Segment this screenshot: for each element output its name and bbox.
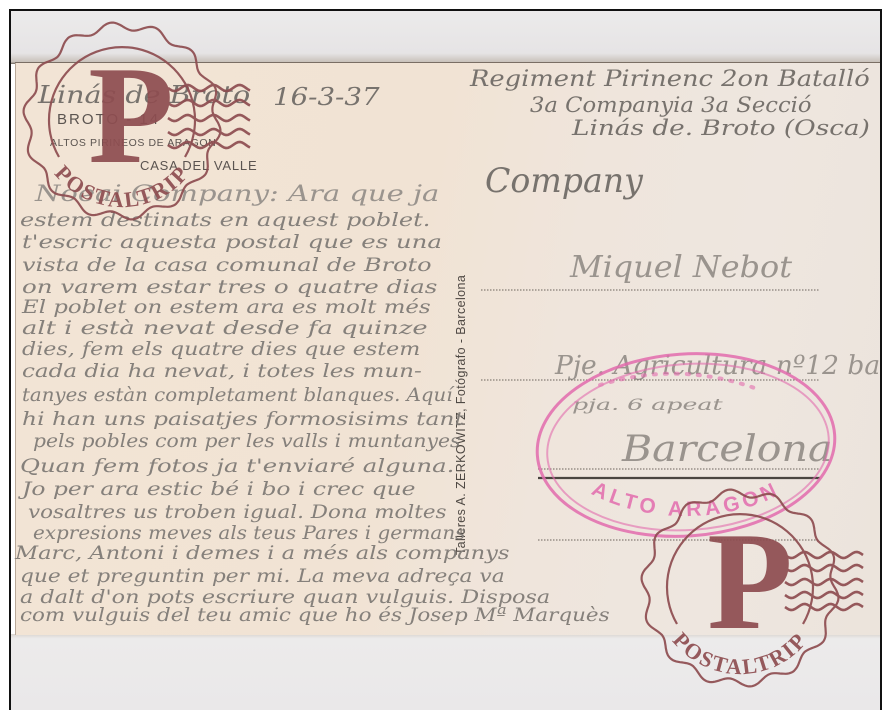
message-line: on varem estar tres o quatre dias <box>22 276 437 298</box>
message-line: alt i està nevat desde fa quinze <box>22 317 428 339</box>
address-street: Pje. Agricultura nº12 ba <box>555 351 880 381</box>
address-city: Barcelona <box>622 429 832 471</box>
message-date: 16-3-37 <box>273 86 380 108</box>
printed-subtitle: ALTOS PIRINEOS DE ARAGON <box>50 137 216 149</box>
message-line: Jo per ara estic bé i bo i crec que <box>22 478 416 500</box>
background-paper-bottom <box>10 634 880 710</box>
message-line: Quan fem fotos ja t'enviaré alguna. <box>20 455 454 477</box>
sender-line: 3a Companyia 3a Secció <box>530 94 812 116</box>
message-line: cada dia ha nevat, i totes les mun- <box>22 360 422 382</box>
address-name: Miquel Nebot <box>570 250 792 286</box>
message-place: Linás de Broto <box>38 84 250 106</box>
printed-caption: CASA DEL VALLE <box>140 158 257 173</box>
message-line: com vulguis del teu amic que ho és Josep… <box>20 604 610 626</box>
sender-line: Regiment Pirinenc 2on Batalló <box>470 69 870 91</box>
message-line: vista de la casa comunal de Broto <box>22 254 432 276</box>
message-line: tanyes estàn completament blanques. Aquí <box>22 384 453 406</box>
message-line: que et preguntin per mi. La meva adreça … <box>20 565 505 587</box>
frame-border-left <box>9 9 11 710</box>
message-line: hi han uns paisatjes formosisims tant <box>22 408 464 430</box>
message-line: t'escric aquesta postal que es una <box>22 231 442 253</box>
address-salutation: Company <box>485 161 643 201</box>
message-line: estem destinats en aquest poblet. <box>20 209 430 231</box>
message-line: vosaltres us troben igual. Dona moltes <box>28 501 447 523</box>
message-line: El poblet on estem ara es molt més <box>22 296 431 318</box>
background-paper-top <box>10 10 880 64</box>
frame-border-right <box>880 9 882 710</box>
address-detail: pja. 6 apeat <box>572 394 723 416</box>
printed-title: BROTO - 14 <box>57 111 160 128</box>
message-line: Marc, Antoni i demes i a més als company… <box>15 542 509 564</box>
message-line: Noeai Company: Ara que ja <box>35 184 439 206</box>
message-line: pels pobles com per les valls i muntanye… <box>33 430 460 452</box>
message-line: dies, fem els quatre dies que estem <box>22 338 420 360</box>
frame-border-top <box>9 9 882 11</box>
sender-line: Linás de. Broto (Osca) <box>572 117 870 139</box>
message-line: expresions meves als teus Pares i german… <box>33 522 465 544</box>
